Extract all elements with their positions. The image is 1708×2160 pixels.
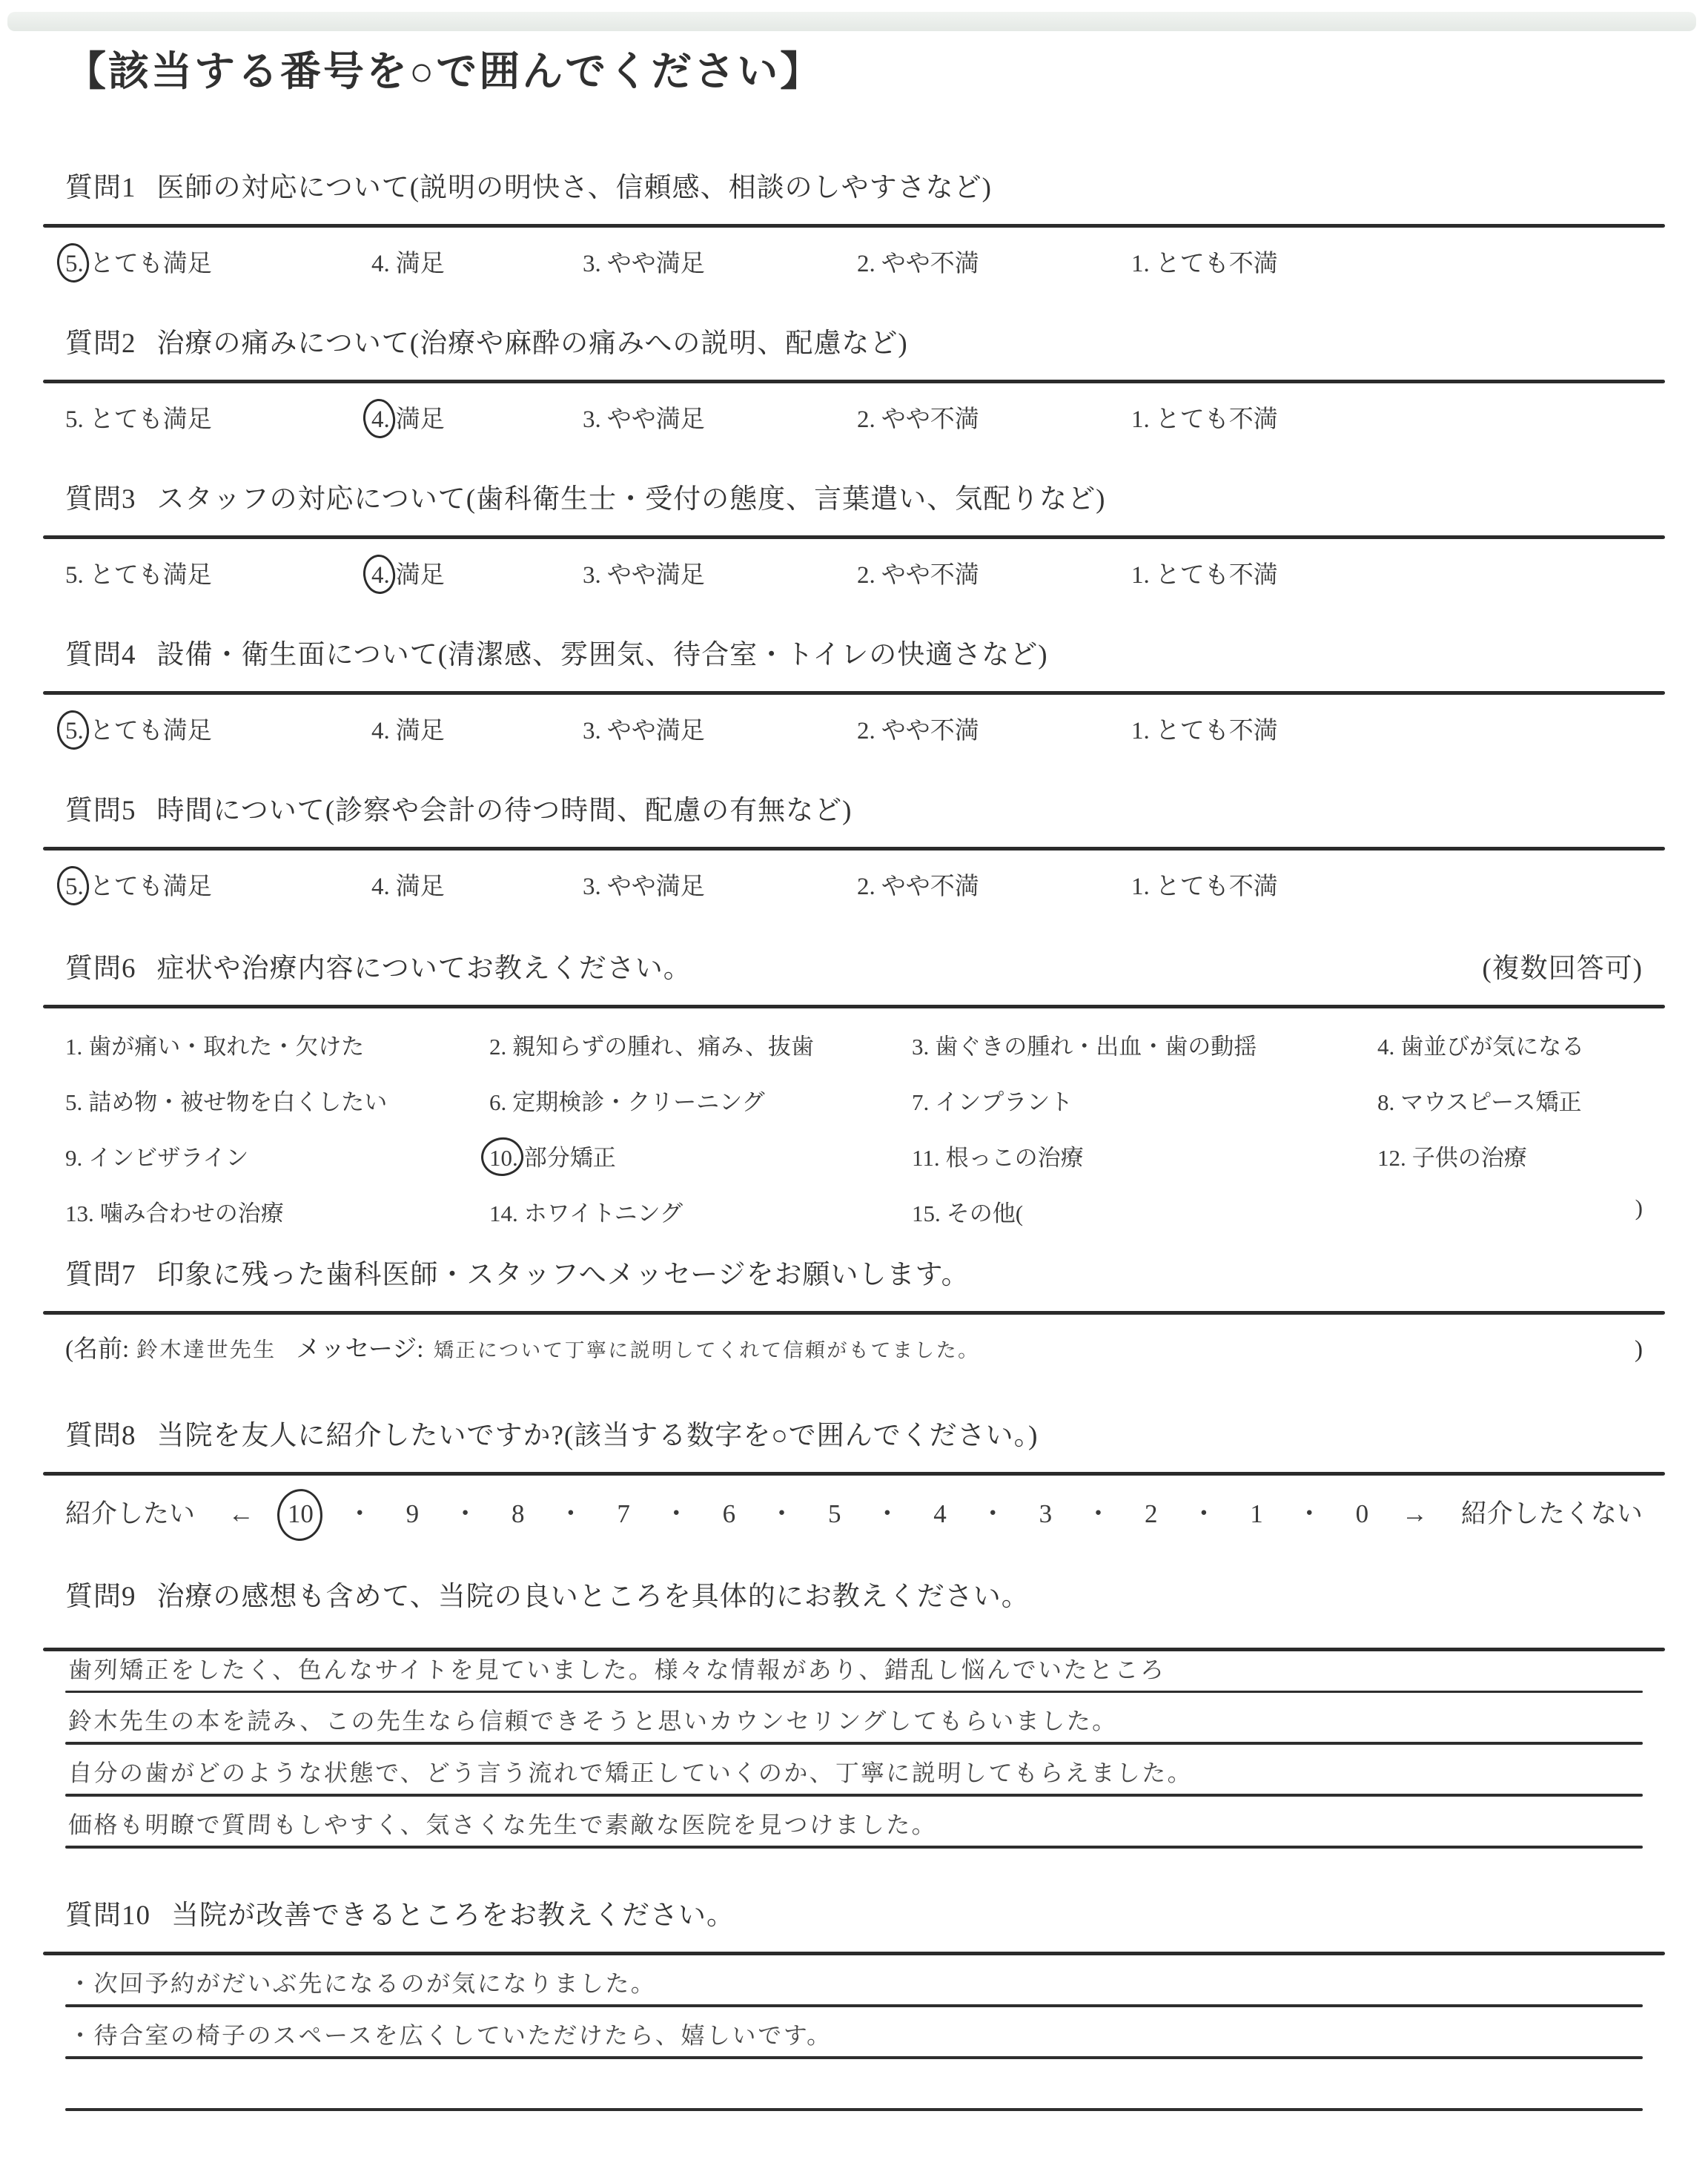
option-number: 3.	[583, 873, 601, 901]
question-5-heading: 時間について(診察や会計の待つ時間、配慮の有無など)	[157, 787, 853, 828]
scale-number: 10	[288, 1499, 314, 1529]
rating-option: 4.満足	[371, 555, 583, 590]
question-6-label: 質問6	[65, 945, 136, 985]
handwritten-text: 価格も明瞭で質問もしやすく、気さくな先生で素敵な医院を見つけました。	[64, 1806, 1644, 1846]
symptom-option: 6.定期検診・クリーニング	[489, 1083, 912, 1117]
option-label: やや満足	[607, 867, 705, 902]
option-label: とても不満	[1156, 244, 1278, 279]
question-6-items: 1.歯が痛い・取れた・欠けた 2.親知らずの腫れ、痛み、抜歯 3.歯ぐきの腫れ・…	[65, 1028, 1643, 1228]
handwritten-line: 自分の歯がどのような状態で、どう言う流れで矯正していくのか、丁寧に説明してもらえ…	[65, 1745, 1643, 1797]
handwritten-line: 鈴木先生の本を読み、この先生なら信頼できそうと思いカウンセリングしてもらいました…	[65, 1693, 1643, 1745]
question-6-header: 質問6 症状や治療内容についてお教えください。 (複数回答可)	[65, 945, 1643, 985]
symptom-option: 10.部分矯正	[489, 1139, 912, 1172]
survey-sheet: 【該当する番号を○で囲んでください】 質問1 医師の対応について(説明の明快さ、…	[0, 0, 1708, 2160]
rating-option: 5.とても満足	[65, 400, 371, 435]
option-label: やや不満	[881, 555, 979, 590]
rating-option: 1.とても不満	[1131, 244, 1643, 279]
symptom-option: 13.噛み合わせの治療	[65, 1195, 489, 1228]
question-8-label: 質問8	[65, 1413, 136, 1453]
symptom-option: 4.歯並びが気になる	[1377, 1028, 1643, 1061]
rating-option: 2.やや不満	[857, 555, 1131, 590]
page-title-text: 【該当する番号を○で囲んでください】	[65, 39, 1643, 97]
option-label: とても満足	[90, 555, 212, 590]
question-3-heading: スタッフの対応について(歯科衛生士・受付の態度、言葉遣い、気配りなど)	[157, 476, 1106, 516]
option-number: 2.	[857, 406, 875, 434]
rating-option: 5.とても満足	[65, 555, 371, 590]
option-number: 3.	[583, 406, 601, 434]
scale-dot: ・	[663, 1493, 689, 1530]
question-2: 質問2 治療の痛みについて(治療や麻酔の痛みへの説明、配慮など) 5.とても満足…	[65, 320, 1643, 435]
scanned-survey-page: { "title": "【該当する番号を○で囲んでください】", "q1": {…	[0, 0, 1708, 2160]
scale-dot: ・	[980, 1493, 1006, 1530]
rating-option: 4.満足	[371, 867, 583, 902]
rating-option: 1.とても不満	[1131, 867, 1643, 902]
scale-number: 8	[512, 1499, 525, 1529]
handwritten-name: 鈴木達世先生	[136, 1333, 277, 1364]
scale-number: 3	[1039, 1499, 1053, 1529]
scale-number: 7	[617, 1499, 630, 1529]
option-number: 3.	[912, 1034, 929, 1060]
option-label: とても満足	[90, 867, 212, 902]
rating-option: 3.やや満足	[583, 400, 857, 435]
option-label: とても不満	[1156, 555, 1278, 590]
question-5: 質問5 時間について(診察や会計の待つ時間、配慮の有無など) 5.とても満足 4…	[65, 787, 1643, 902]
question-2-options: 5.とても満足 4.満足 3.やや満足 2.やや不満 1.とても不満	[65, 400, 1643, 435]
rating-option: 3.やや満足	[583, 867, 857, 902]
rating-option: 1.とても不満	[1131, 400, 1643, 435]
question-1-header: 質問1 医師の対応について(説明の明快さ、信頼感、相談のしやすさなど)	[65, 165, 1643, 205]
option-number: 2.	[857, 718, 875, 745]
question-7-answer-line: (名前: 鈴木達世先生 メッセージ: 矯正について丁寧に説明してくれて信頼がもて…	[65, 1330, 1643, 1364]
question-1-heading: 医師の対応について(説明の明快さ、信頼感、相談のしやすさなど)	[157, 165, 992, 205]
scan-artifact-band	[7, 12, 1696, 31]
option-number: 13.	[65, 1200, 94, 1227]
handwritten-text: 鈴木先生の本を読み、この先生なら信頼できそうと思いカウンセリングしてもらいました…	[64, 1702, 1644, 1742]
option-label: とても満足	[90, 244, 212, 279]
symptom-option: 8.マウスピース矯正	[1377, 1083, 1643, 1117]
option-number: 4.	[1377, 1034, 1394, 1060]
question-1: 質問1 医師の対応について(説明の明快さ、信頼感、相談のしやすさなど) 5.とて…	[65, 165, 1643, 279]
question-5-options: 5.とても満足 4.満足 3.やや満足 2.やや不満 1.とても不満	[65, 867, 1643, 902]
question-8-heading: 当院を友人に紹介したいですか?(該当する数字を○で囲んでください。)	[157, 1413, 1039, 1453]
option-number: 5.	[65, 562, 84, 589]
option-number: 4.	[371, 562, 390, 589]
scale-dot: ・	[1191, 1493, 1217, 1530]
question-7-header: 質問7 印象に残った歯科医師・スタッフへメッセージをお願いします。	[65, 1252, 1643, 1292]
option-label: 部分矯正	[524, 1139, 616, 1172]
right-arrow-icon: →	[1402, 1499, 1428, 1529]
option-number: 10.	[489, 1145, 518, 1172]
option-label: 親知らずの腫れ、痛み、抜歯	[512, 1028, 814, 1061]
option-number: 12.	[1377, 1145, 1406, 1172]
option-number: 1.	[1131, 873, 1150, 901]
rating-option: 3.やや満足	[583, 244, 857, 279]
option-number: 9.	[65, 1145, 82, 1172]
option-label: 満足	[396, 244, 445, 279]
option-label: 子供の治療	[1412, 1139, 1527, 1172]
option-number: 2.	[857, 873, 875, 901]
handwritten-text: ・待合室の椅子のスペースを広くしていただけたら、嬉しいです。	[64, 2017, 1644, 2056]
rating-option: 5.とても満足	[65, 867, 371, 902]
symptom-option: 5.詰め物・被せ物を白くしたい	[65, 1083, 489, 1117]
option-number: 1.	[1131, 251, 1150, 278]
symptom-option: 12.子供の治療	[1377, 1139, 1643, 1172]
question-5-label: 質問5	[65, 787, 136, 828]
option-label: とても不満	[1156, 400, 1278, 435]
question-2-label: 質問2	[65, 320, 136, 360]
question-4-label: 質問4	[65, 632, 136, 672]
scale-left-label: 紹介したい	[65, 1493, 195, 1530]
question-10-heading: 当院が改善できるところをお教えください。	[171, 1892, 735, 1932]
message-prefix: メッセージ:	[296, 1330, 423, 1364]
option-label: やや満足	[607, 711, 705, 746]
option-number: 2.	[857, 251, 875, 278]
divider-line	[43, 380, 1665, 383]
option-number: 3.	[583, 718, 601, 745]
option-number: 1.	[1131, 718, 1150, 745]
question-4-header: 質問4 設備・衛生面について(清潔感、雰囲気、待合室・トイレの快適さなど)	[65, 632, 1643, 672]
option-label: 満足	[396, 711, 445, 746]
ruled-line	[65, 2004, 1643, 2007]
handwritten-line: ・次回予約がだいぶ先になるのが気になりました。	[65, 1955, 1643, 2007]
question-9-label: 質問9	[65, 1573, 136, 1614]
symptom-option: 11.根っこの治療	[912, 1139, 1377, 1172]
ruled-line	[65, 1742, 1643, 1745]
scale-number: 1	[1250, 1499, 1263, 1529]
option-label: やや不満	[881, 867, 979, 902]
option-label: 定期検診・クリーニング	[512, 1083, 764, 1117]
symptom-option-other: 15.その他(	[912, 1195, 1377, 1228]
symptom-option: 2.親知らずの腫れ、痛み、抜歯	[489, 1028, 912, 1061]
question-4-options: 5.とても満足 4.満足 3.やや満足 2.やや不満 1.とても不満	[65, 711, 1643, 746]
scale-number: 2	[1145, 1499, 1158, 1529]
question-8: 質問8 当院を友人に紹介したいですか?(該当する数字を○で囲んでください。) 紹…	[65, 1413, 1643, 1530]
option-number: 4.	[371, 718, 390, 745]
option-number: 2.	[489, 1034, 506, 1060]
option-number: 5.	[65, 873, 84, 901]
question-9-heading: 治療の感想も含めて、当院の良いところを具体的にお教えください。	[157, 1573, 1030, 1614]
handwritten-line: ・待合室の椅子のスペースを広くしていただけたら、嬉しいです。	[65, 2007, 1643, 2059]
question-6: 質問6 症状や治療内容についてお教えください。 (複数回答可) 1.歯が痛い・取…	[65, 945, 1643, 1228]
question-8-header: 質問8 当院を友人に紹介したいですか?(該当する数字を○で囲んでください。)	[65, 1413, 1643, 1453]
option-number: 2.	[857, 562, 875, 589]
option-label: とても満足	[90, 400, 212, 435]
recommend-scale: 紹介したい ← 10 ・ 9 ・ 8 ・ 7 ・ 6 ・ 5 ・ 4 ・ 3 ・…	[65, 1493, 1643, 1530]
ruled-line	[65, 2108, 1643, 2111]
ruled-line	[65, 1846, 1643, 1849]
option-number: 4.	[371, 251, 390, 278]
scale-right-label: 紹介したくない	[1461, 1493, 1643, 1530]
scale-dot: ・	[557, 1493, 583, 1530]
question-3-label: 質問3	[65, 476, 136, 516]
rating-option: 3.やや満足	[583, 555, 857, 590]
rating-option: 5.とても満足	[65, 244, 371, 279]
rating-option: 2.やや不満	[857, 400, 1131, 435]
divider-line	[43, 224, 1665, 228]
divider-line	[43, 535, 1665, 539]
question-3-header: 質問3 スタッフの対応について(歯科衛生士・受付の態度、言葉遣い、気配りなど)	[65, 476, 1643, 516]
divider-line	[43, 1311, 1665, 1315]
option-number: 7.	[912, 1089, 929, 1116]
question-2-heading: 治療の痛みについて(治療や麻酔の痛みへの説明、配慮など)	[157, 320, 908, 360]
option-label: やや満足	[607, 555, 705, 590]
option-number: 5.	[65, 718, 84, 745]
option-label: 歯が痛い・取れた・欠けた	[88, 1028, 364, 1061]
blank-ruled-line	[65, 2059, 1643, 2111]
option-number: 4.	[371, 406, 390, 434]
symptom-option: 7.インプラント	[912, 1083, 1377, 1117]
question-6-note: (複数回答可)	[1482, 945, 1643, 985]
other-close-paren: )	[1377, 1195, 1643, 1228]
question-9: 質問9 治療の感想も含めて、当院の良いところを具体的にお教えください。 歯列矯正…	[65, 1573, 1643, 1849]
option-number: 15.	[912, 1200, 941, 1227]
option-label: 満足	[396, 867, 445, 902]
handwritten-text: 歯列矯正をしたく、色んなサイトを見ていました。様々な情報があり、錯乱し悩んでいた…	[64, 1651, 1644, 1691]
option-number: 1.	[1131, 406, 1150, 434]
rating-option: 2.やや不満	[857, 867, 1131, 902]
option-number: 1.	[65, 1034, 82, 1060]
rating-option: 4.満足	[371, 711, 583, 746]
option-number: 14.	[489, 1200, 518, 1227]
scale-number: 5	[828, 1499, 841, 1529]
option-label: やや不満	[881, 244, 979, 279]
option-number: 8.	[1377, 1089, 1394, 1116]
question-7-heading: 印象に残った歯科医師・スタッフへメッセージをお願いします。	[157, 1252, 970, 1292]
option-label: とても不満	[1156, 711, 1278, 746]
option-label: とても満足	[90, 711, 212, 746]
option-label: 根っこの治療	[946, 1139, 1084, 1172]
rating-option: 5.とても満足	[65, 711, 371, 746]
question-4-heading: 設備・衛生面について(清潔感、雰囲気、待合室・トイレの快適さなど)	[157, 632, 1048, 672]
option-label: 噛み合わせの治療	[100, 1195, 284, 1228]
option-label: インプラント	[935, 1083, 1073, 1117]
left-arrow-icon: ←	[228, 1499, 254, 1529]
question-10: 質問10 当院が改善できるところをお教えください。 ・次回予約がだいぶ先になるの…	[65, 1892, 1643, 2160]
option-label: やや不満	[881, 711, 979, 746]
option-number: 5.	[65, 251, 84, 278]
scale-number: 4	[933, 1499, 947, 1529]
symptom-option: 3.歯ぐきの腫れ・出血・歯の動揺	[912, 1028, 1377, 1061]
scale-dot: ・	[452, 1493, 478, 1530]
question-2-header: 質問2 治療の痛みについて(治療や麻酔の痛みへの説明、配慮など)	[65, 320, 1643, 360]
scale-dot: ・	[874, 1493, 900, 1530]
scale-number: 9	[406, 1499, 420, 1529]
scale-number: 0	[1356, 1499, 1369, 1529]
scale-dot: ・	[1085, 1493, 1111, 1530]
option-label: 歯並びが気になる	[1400, 1028, 1584, 1061]
question-7: 質問7 印象に残った歯科医師・スタッフへメッセージをお願いします。 (名前: 鈴…	[65, 1252, 1643, 1364]
question-7-label: 質問7	[65, 1252, 136, 1292]
close-paren: )	[1635, 1336, 1643, 1364]
question-3: 質問3 スタッフの対応について(歯科衛生士・受付の態度、言葉遣い、気配りなど) …	[65, 476, 1643, 590]
ruled-line	[65, 1691, 1643, 1693]
scale-number: 6	[723, 1499, 736, 1529]
symptom-option: 9.インビザライン	[65, 1139, 489, 1172]
option-label: やや不満	[881, 400, 979, 435]
handwritten-text: ・次回予約がだいぶ先になるのが気になりました。	[64, 1965, 1644, 2004]
rating-option: 2.やや不満	[857, 244, 1131, 279]
question-1-label: 質問1	[65, 165, 136, 205]
option-number: 5.	[65, 1089, 82, 1116]
option-label: 歯ぐきの腫れ・出血・歯の動揺	[935, 1028, 1257, 1061]
divider-line	[43, 1005, 1665, 1008]
option-label: その他(	[947, 1195, 1023, 1228]
name-prefix: (名前:	[65, 1330, 129, 1364]
handwritten-line: 価格も明瞭で質問もしやすく、気さくな先生で素敵な医院を見つけました。	[65, 1797, 1643, 1849]
question-4: 質問4 設備・衛生面について(清潔感、雰囲気、待合室・トイレの快適さなど) 5.…	[65, 632, 1643, 746]
ruled-line	[65, 1794, 1643, 1797]
question-10-label: 質問10	[65, 1892, 150, 1932]
option-number: 3.	[583, 251, 601, 278]
ruled-line	[65, 2056, 1643, 2059]
option-label: とても不満	[1156, 867, 1278, 902]
option-label: 満足	[396, 555, 445, 590]
rating-option: 2.やや不満	[857, 711, 1131, 746]
blank-ruled-line	[65, 2111, 1643, 2160]
handwritten-text: 自分の歯がどのような状態で、どう言う流れで矯正していくのか、丁寧に説明してもらえ…	[64, 1754, 1644, 1794]
scale-dot: ・	[1297, 1493, 1323, 1530]
option-label: インビザライン	[88, 1139, 248, 1172]
question-6-heading: 症状や治療内容についてお教えください。	[157, 945, 692, 985]
rating-option: 1.とても不満	[1131, 555, 1643, 590]
option-number: 4.	[371, 873, 390, 901]
option-number: 6.	[489, 1089, 506, 1116]
rating-option: 4.満足	[371, 244, 583, 279]
handwritten-message: 矯正について丁寧に説明してくれて信頼がもてました。	[434, 1334, 981, 1363]
divider-line	[43, 691, 1665, 695]
scale-dot: ・	[769, 1493, 795, 1530]
handwritten-line: 歯列矯正をしたく、色んなサイトを見ていました。様々な情報があり、錯乱し悩んでいた…	[65, 1651, 1643, 1693]
option-label: マウスピース矯正	[1400, 1083, 1581, 1117]
question-1-options: 5.とても満足 4.満足 3.やや満足 2.やや不満 1.とても不満	[65, 244, 1643, 279]
symptom-option: 14.ホワイトニング	[489, 1195, 912, 1228]
question-10-header: 質問10 当院が改善できるところをお教えください。	[65, 1892, 1643, 1932]
option-label: やや満足	[607, 400, 705, 435]
divider-line	[43, 847, 1665, 851]
symptom-option: 1.歯が痛い・取れた・欠けた	[65, 1028, 489, 1061]
option-number: 1.	[1131, 562, 1150, 589]
question-3-options: 5.とても満足 4.満足 3.やや満足 2.やや不満 1.とても不満	[65, 555, 1643, 590]
rating-option: 1.とても不満	[1131, 711, 1643, 746]
option-label: 満足	[396, 400, 445, 435]
option-label: やや満足	[607, 244, 705, 279]
option-number: 5.	[65, 406, 84, 434]
option-number: 11.	[912, 1145, 940, 1172]
rating-option: 3.やや満足	[583, 711, 857, 746]
question-9-header: 質問9 治療の感想も含めて、当院の良いところを具体的にお教えください。	[65, 1573, 1643, 1614]
page-title: 【該当する番号を○で囲んでください】	[65, 39, 1643, 97]
scale-dot: ・	[347, 1493, 373, 1530]
option-number: 3.	[583, 562, 601, 589]
option-label: ホワイトニング	[524, 1195, 683, 1228]
divider-line	[43, 1472, 1665, 1476]
question-5-header: 質問5 時間について(診察や会計の待つ時間、配慮の有無など)	[65, 787, 1643, 828]
option-label: 詰め物・被せ物を白くしたい	[88, 1083, 387, 1117]
rating-option: 4.満足	[371, 400, 583, 435]
